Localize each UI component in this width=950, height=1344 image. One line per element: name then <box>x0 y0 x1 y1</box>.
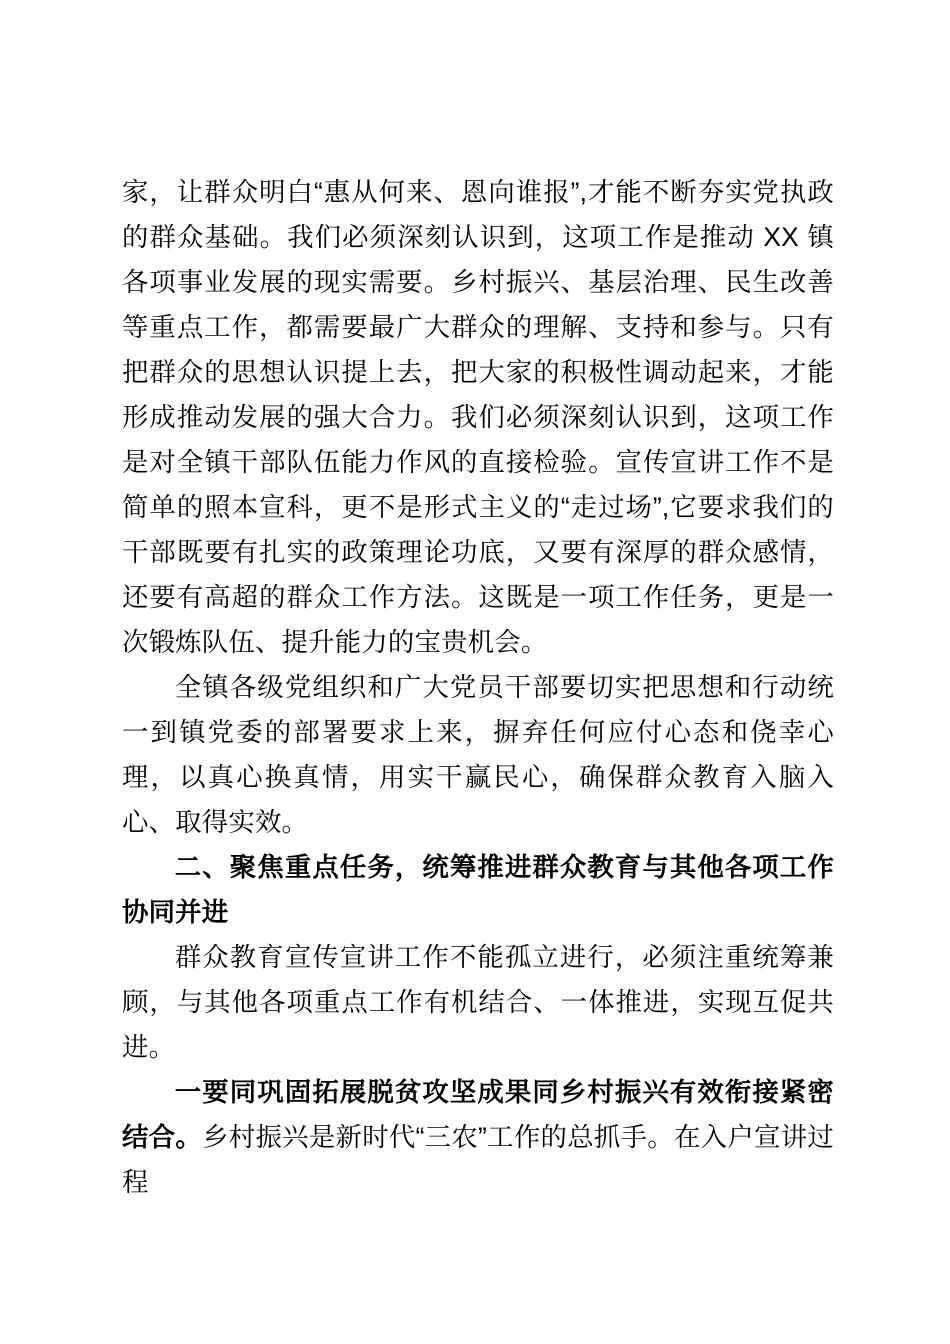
paragraph-unify-thought: 全镇各级党组织和广大党员干部要切实把思想和行动统一到镇党委的部署要求上来，摒弃任… <box>122 665 834 845</box>
section-heading-two: 二、聚焦重点任务，统筹推进群众教育与其他各项工作协同并进 <box>122 845 834 935</box>
document-text-block: 家，让群众明白“惠从何来、恩向谁报”,才能不断夯实党执政的群众基础。我们必须深刻… <box>122 170 834 1205</box>
paragraph-continuation: 家，让群众明白“惠从何来、恩向谁报”,才能不断夯实党执政的群众基础。我们必须深刻… <box>122 170 834 665</box>
paragraph-coordination: 群众教育宣传宣讲工作不能孤立进行，必须注重统筹兼顾，与其他各项重点工作有机结合、… <box>122 935 834 1070</box>
paragraph-body-rest: 乡村振兴是新时代“三农”工作的总抓手。在入户宣讲过程 <box>122 1122 834 1197</box>
paragraph-rural-revitalization: 一要同巩固拓展脱贫攻坚成果同乡村振兴有效衔接紧密结合。乡村振兴是新时代“三农”工… <box>122 1070 834 1205</box>
document-page: 家，让群众明白“惠从何来、恩向谁报”,才能不断夯实党执政的群众基础。我们必须深刻… <box>0 0 950 1344</box>
